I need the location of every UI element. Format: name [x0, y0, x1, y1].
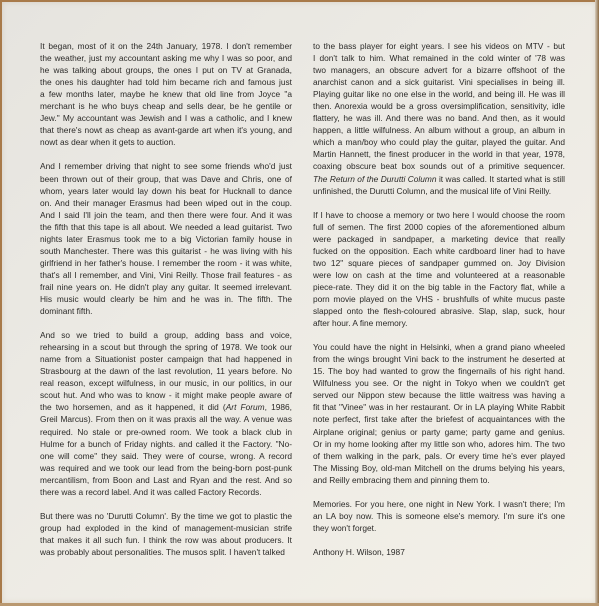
text-line: 15. The boy had wanted to grow the finge…: [313, 365, 565, 377]
text-line: Memories. For you here, one night in New…: [313, 498, 565, 510]
text-line: unfinished, the Durutti Column, and the …: [313, 185, 565, 197]
text-line: girlfriend in her father's house. I reme…: [40, 257, 292, 269]
text-line: piece-rate. They did it on the big table…: [313, 281, 565, 293]
text-line: was required and we took our lead from t…: [40, 462, 292, 474]
text-line: coaxing obscure beat box sounds out of a…: [313, 160, 565, 172]
text-line: which a man/boy who could play the guita…: [313, 136, 565, 148]
text-line: Greil Marcus). From then on it was praxi…: [40, 413, 292, 425]
right-column: to the bass player for eight years. I se…: [313, 40, 565, 558]
text-line: Martin Hannett, the finest producer in t…: [313, 148, 565, 160]
text-line: to the bass player for eight years. I se…: [313, 40, 565, 52]
text-line: Jew." My accountant was Jewish and I was…: [40, 112, 292, 124]
text-line: the two horsemen, and as it happened, it…: [40, 401, 292, 413]
text-line: And I remember driving that night to see…: [40, 160, 292, 172]
text-line: Wilfulness you see. Or the night in Toky…: [313, 377, 565, 389]
paragraph: And so we tried to build a group, adding…: [40, 329, 292, 498]
text-line: happen, a little wilfulness. An album wi…: [313, 124, 565, 136]
text-line: It began, most of it on the 24th January…: [40, 40, 292, 52]
text-line: served our Nippon stew because the littl…: [313, 389, 565, 401]
paragraph: And I remember driving that night to see…: [40, 160, 292, 317]
text-line: group had exploded in the kind of manage…: [40, 522, 292, 534]
page-edge-right: [595, 0, 599, 606]
text-line: full of semen. The first 2000 copies of …: [313, 221, 565, 233]
text-line: required. No stale or pre-owned room. We…: [40, 426, 292, 438]
text-line: frail nine years on. He didn't play any …: [40, 281, 292, 293]
text-line: was probably about personalities. The mu…: [40, 546, 292, 558]
text-line: I don't talk to him. What remained in th…: [313, 52, 565, 64]
text-line: His music would clearly be him and he wa…: [40, 293, 292, 305]
text-line: were packaged in sandpaper, a marketing …: [313, 233, 565, 245]
text-line: The Missing Boy, old-man Mitchell on the…: [313, 462, 565, 474]
text-line: And so we tried to build a group, adding…: [40, 329, 292, 341]
text-line: name from a Situationist poster campaign…: [40, 353, 292, 365]
text-line: anarchist canon and a sick guitarist. Vi…: [313, 76, 565, 88]
text-line: The Return of the Durutti Column it was …: [313, 173, 565, 185]
paragraph: You could have the night in Helsinki, wh…: [313, 341, 565, 486]
text-line: mercantilism, from Boon and Last and Rya…: [40, 474, 292, 486]
paragraph: Memories. For you here, one night in New…: [313, 498, 565, 534]
text-line: the weather, just my accountant asking m…: [40, 52, 292, 64]
text-line: whom, years later would lay down his bea…: [40, 185, 292, 197]
text-line: and Reilly embracing them and pinning th…: [313, 474, 565, 486]
text-line: If I have to choose a memory or two here…: [313, 209, 565, 221]
text-line: an LA boy now. This is someone else's me…: [313, 510, 565, 522]
text-line: rehearsing in a scout but through the sp…: [40, 341, 292, 353]
text-line: Strasbourg at the dawn of the last revol…: [40, 365, 292, 377]
text-line: there was a record label. And it was cal…: [40, 486, 292, 498]
paragraph: But there was no 'Durutti Column'. By th…: [40, 510, 292, 558]
paragraph: to the bass player for eight years. I se…: [313, 40, 565, 197]
text-line: then. Anorexia would be a gross oversimp…: [313, 100, 565, 112]
text-line: note perfect, first take after the brief…: [313, 413, 565, 425]
text-line: one will come" they said. They were of c…: [40, 450, 292, 462]
text-line: he was talking about groups, the ones I …: [40, 64, 292, 76]
text-line: that makes it all such fun. I think the …: [40, 534, 292, 546]
text-line: Hulme for a bunch of Friday nights. and …: [40, 438, 292, 450]
text-line: You could have the night in Helsinki, wh…: [313, 341, 565, 353]
text-line: fucked on the opposition. Each white car…: [313, 245, 565, 257]
text-line: slapped onto the flesh-coloured abrasive…: [313, 305, 565, 317]
text-line: dominant fifth.: [40, 305, 292, 317]
text-line: after hour. A fine memory.: [313, 317, 565, 329]
text-line: the ones his daughter had told him becam…: [40, 76, 292, 88]
text-line: Or in my home looking after my little so…: [313, 438, 565, 450]
text-line: But there was no 'Durutti Column'. By th…: [40, 510, 292, 522]
text-line: that there's nowt as cheap as avant-gard…: [40, 124, 292, 136]
text-line: on. And their manager Erasmus had been w…: [40, 197, 292, 209]
text-line: flattery, he was ill. And there was no b…: [313, 112, 565, 124]
left-column: It began, most of it on the 24th January…: [40, 40, 292, 570]
text-line: And I said I'll join the team, and then …: [40, 209, 292, 221]
text-line: two managers, an obscure advert for a bi…: [313, 64, 565, 76]
text-line: Airplane original; genius or party game;…: [313, 426, 565, 438]
text-line: that's all I remember, and Vini, Vini Re…: [40, 269, 292, 281]
paragraph: If I have to choose a memory or two here…: [313, 209, 565, 329]
text-line: Playing guitar like no one else in the w…: [313, 88, 565, 100]
text-line: merchant is he who buys cheap and sells …: [40, 100, 292, 112]
text-line: a few months later, maybe he knew that o…: [40, 88, 292, 100]
text-line: real reason, except wilfulness, in our m…: [40, 377, 292, 389]
text-line: fit that "Vinee" was in her restaurant. …: [313, 401, 565, 413]
text-line: were low on cash at the time and volunte…: [313, 269, 565, 281]
text-line: south Manchester. There was this guitari…: [40, 245, 292, 257]
text-line: two 12" square pieces of sandpaper gumme…: [313, 257, 565, 269]
text-line: porn movie played on the VHS - brushfull…: [313, 293, 565, 305]
text-line: nights later Erasmus took me to a big Vi…: [40, 233, 292, 245]
text-line: been thrown out of their group, that was…: [40, 173, 292, 185]
text-line: they won't forget.: [313, 522, 565, 534]
text-line: from the wings brought Vini back to the …: [313, 353, 565, 365]
paragraph: It began, most of it on the 24th January…: [40, 40, 292, 148]
liner-notes-page: It began, most of it on the 24th January…: [2, 2, 596, 603]
text-line: nowt as dear when it gets to auction.: [40, 136, 292, 148]
text-line: the fifth that this tape is all about. W…: [40, 221, 292, 233]
text-line: scout hut. And who was to know - it migh…: [40, 389, 292, 401]
author-signature: Anthony H. Wilson, 1987: [313, 546, 565, 558]
text-line: of them walking in the park, pals. Or ev…: [313, 450, 565, 462]
